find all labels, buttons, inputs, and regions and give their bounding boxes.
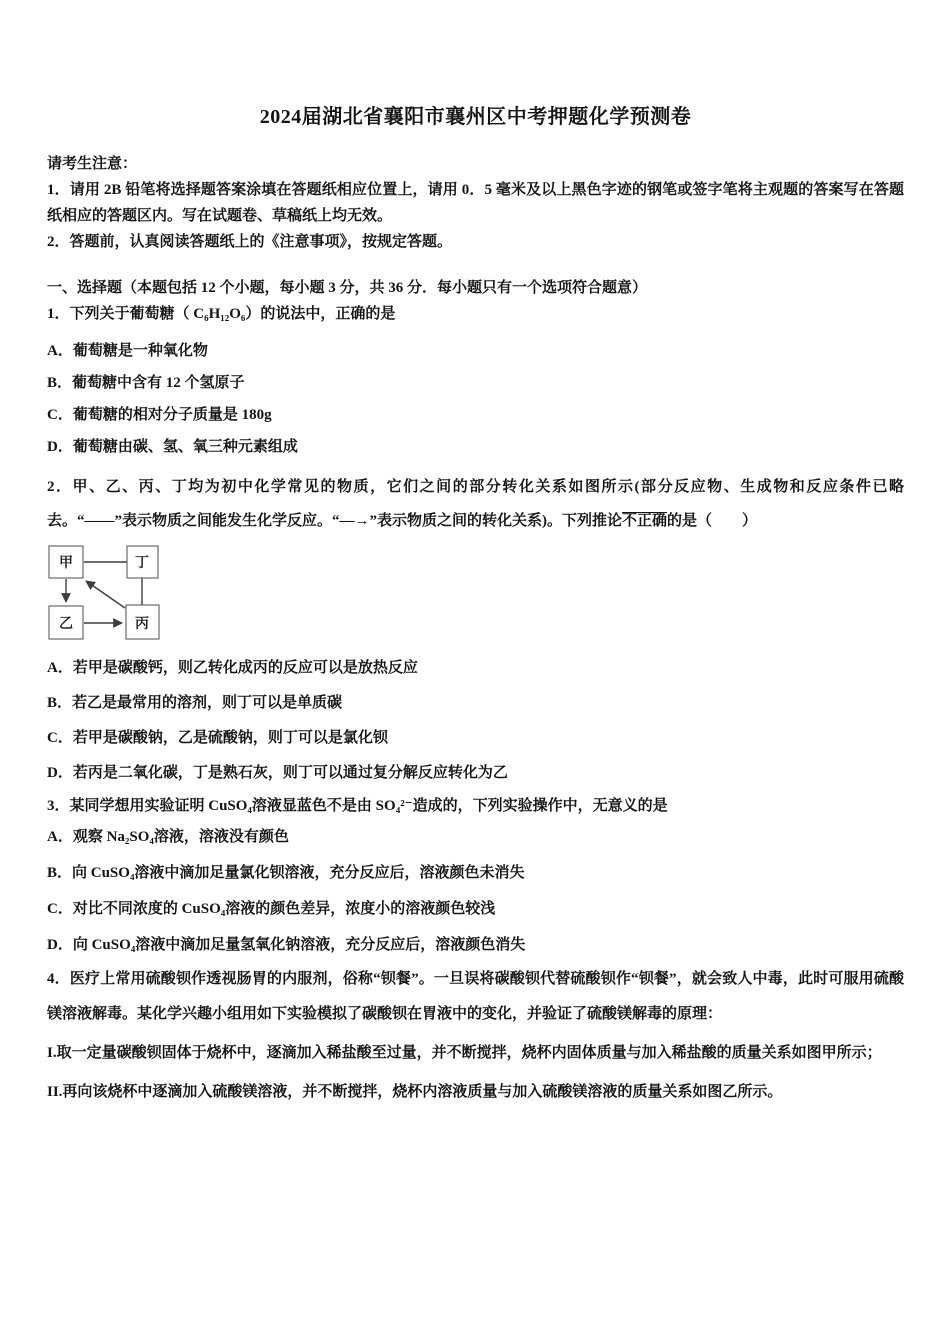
question-3-stem: 3．某同学想用实验证明 CuSO₄溶液显蓝色不是由 SO₄²⁻造成的，下列实验操… [47, 793, 904, 819]
exam-paper-page: 2024届湖北省襄阳市襄州区中考押题化学预测卷 请考生注意： 1．请用 2B 铅… [0, 0, 950, 1110]
question-3-option-c: C．对比不同浓度的 CuSO₄溶液的颜色差异，浓度小的溶液颜色较浅 [47, 896, 904, 922]
question-1-option-c: C．葡萄糖的相对分子质量是 180g [47, 402, 904, 428]
question-2-stem-text: 2．甲、乙、丙、丁均为初中化学常见的物质，它们之间的部分转化关系如图所示(部分反… [47, 479, 904, 529]
section-1-heading: 一、选择题（本题包括 12 个小题，每小题 3 分，共 36 分．每小题只有一个… [47, 275, 904, 301]
question-3-option-a: A．观察 Na₂SO₄溶液，溶液没有颜色 [47, 824, 904, 850]
question-4-step-2: II.再向该烧杯中逐滴加入硫酸镁溶液，并不断搅拌，烧杯内溶液质量与加入硫酸镁溶液… [47, 1075, 904, 1110]
diagram-node-ding-label: 丁 [135, 555, 149, 571]
question-1-stem: 1．下列关于葡萄糖（ C₆H₁₂O₆）的说法中，正确的是 [47, 301, 904, 327]
diagram-node-jia-label: 甲 [59, 555, 73, 571]
question-1-option-b: B．葡萄糖中含有 12 个氢原子 [47, 370, 904, 396]
diagram-node-bing-label: 丙 [135, 616, 149, 632]
edge-bing-jia-arrow [86, 581, 125, 608]
transformation-diagram: 甲 丁 乙 丙 [47, 540, 904, 642]
question-1-option-a: A．葡萄糖是一种氧化物 [47, 338, 904, 364]
question-4-step-1: I.取一定量碳酸钡固体于烧杯中，逐滴加入稀盐酸至过量，并不断搅拌，烧杯内固体质量… [47, 1036, 904, 1071]
question-3-option-b: B．向 CuSO₄溶液中滴加足量氯化钡溶液，充分反应后，溶液颜色未消失 [47, 860, 904, 886]
question-2-option-d: D．若丙是二氧化碳，丁是熟石灰，则丁可以通过复分解反应转化为乙 [47, 760, 904, 786]
question-2-stem: 2．甲、乙、丙、丁均为初中化学常见的物质，它们之间的部分转化关系如图所示(部分反… [47, 470, 904, 538]
notice-heading: 请考生注意： [47, 151, 904, 177]
question-2-stem-emphasis: 不正确 [622, 513, 667, 529]
notice-item-1: 1．请用 2B 铅笔将选择题答案涂填在答题纸相应位置上，请用 0．5 毫米及以上… [47, 177, 904, 229]
question-1-option-d: D．葡萄糖由碳、氢、氧三种元素组成 [47, 434, 904, 460]
question-3-option-d: D．向 CuSO₄溶液中滴加足量氢氧化钠溶液，充分反应后，溶液颜色消失 [47, 932, 904, 958]
page-title: 2024届湖北省襄阳市襄州区中考押题化学预测卷 [47, 104, 904, 131]
question-2-stem-tail: 的是（ ） [667, 513, 757, 529]
question-4-stem: 4．医疗上常用硫酸钡作透视肠胃的内服剂，俗称“钡餐”。一旦误将碳酸钡代替硫酸钡作… [47, 962, 904, 1032]
question-2-option-a: A．若甲是碳酸钙，则乙转化成丙的反应可以是放热反应 [47, 655, 904, 681]
question-2-option-c: C．若甲是碳酸钠，乙是硫酸钠，则丁可以是氯化钡 [47, 725, 904, 751]
notice-item-2: 2．答题前，认真阅读答题纸上的《注意事项》，按规定答题。 [47, 229, 904, 255]
question-2-option-b: B．若乙是最常用的溶剂，则丁可以是单质碳 [47, 690, 904, 716]
diagram-node-yi-label: 乙 [59, 616, 73, 632]
